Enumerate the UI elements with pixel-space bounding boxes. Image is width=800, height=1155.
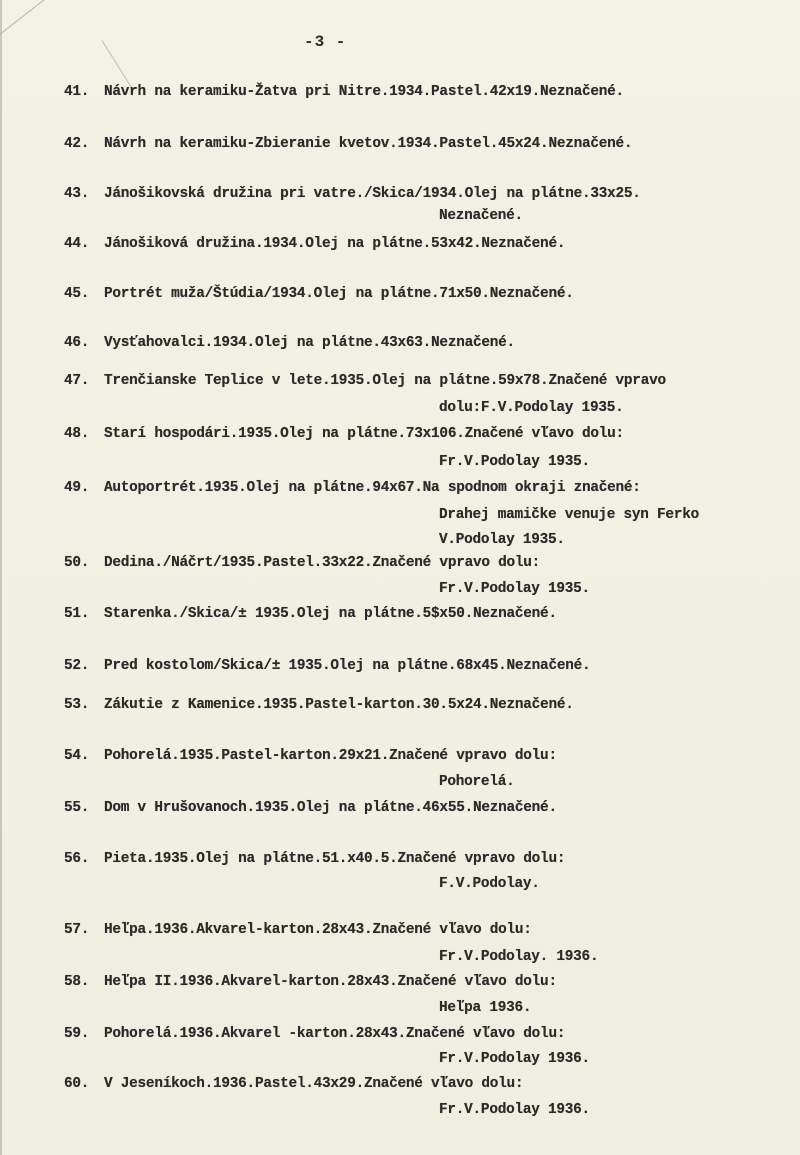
catalog-entry: 51.Starenka./Skica/± 1935.Olej na plátne… xyxy=(64,605,557,623)
catalog-entry: 43.Jánošikovská družina pri vatre./Skica… xyxy=(64,185,641,203)
catalog-entry: 49.Autoportrét.1935.Olej na plátne.94x67… xyxy=(64,479,641,497)
catalog-entry: 59.Pohorelá.1936.Akvarel -karton.28x43.Z… xyxy=(64,1025,565,1043)
entry-continuation: Drahej mamičke venuje syn Ferko xyxy=(439,506,699,524)
entry-continuation: Fr.V.Podolay 1936. xyxy=(439,1101,590,1119)
paper-fold-mark xyxy=(0,0,103,41)
entry-text: Starenka./Skica/± 1935.Olej na plátne.5$… xyxy=(104,606,557,622)
entry-number: 56. xyxy=(64,850,104,868)
catalog-entry: 52.Pred kostolom/Skica/± 1935.Olej na pl… xyxy=(64,657,590,675)
entry-continuation: Heľpa 1936. xyxy=(439,999,531,1017)
entry-number: 49. xyxy=(64,479,104,497)
entry-continuation: F.V.Podolay. xyxy=(439,875,540,893)
entry-text: Dom v Hrušovanoch.1935.Olej na plátne.46… xyxy=(104,800,557,816)
catalog-entry: 57.Heľpa.1936.Akvarel-karton.28x43.Znače… xyxy=(64,921,532,939)
entry-continuation: Fr.V.Podolay 1936. xyxy=(439,1050,590,1068)
catalog-entry: 54.Pohorelá.1935.Pastel-karton.29x21.Zna… xyxy=(64,747,557,765)
entry-continuation: Fr.V.Podolay 1935. xyxy=(439,453,590,471)
entry-number: 43. xyxy=(64,185,104,203)
entry-number: 53. xyxy=(64,696,104,714)
entry-text: Starí hospodári.1935.Olej na plátne.73x1… xyxy=(104,426,624,442)
entry-text: Pohorelá.1935.Pastel-karton.29x21.Značen… xyxy=(104,748,557,764)
entry-text: Pred kostolom/Skica/± 1935.Olej na plátn… xyxy=(104,658,590,674)
entry-text: Autoportrét.1935.Olej na plátne.94x67.Na… xyxy=(104,480,641,496)
catalog-entry: 41.Návrh na keramiku-Žatva pri Nitre.193… xyxy=(64,83,624,101)
entry-text: Vysťahovalci.1934.Olej na plátne.43x63.N… xyxy=(104,335,515,351)
entry-continuation: Fr.V.Podolay. 1936. xyxy=(439,948,598,966)
entry-text: Heľpa II.1936.Akvarel-karton.28x43.Znače… xyxy=(104,974,557,990)
entry-number: 41. xyxy=(64,83,104,101)
entry-number: 44. xyxy=(64,235,104,253)
entry-number: 45. xyxy=(64,285,104,303)
entry-text: Jánošiková družina.1934.Olej na plátne.5… xyxy=(104,236,565,252)
entry-text: Dedina./Náčrt/1935.Pastel.33x22.Značené … xyxy=(104,555,540,571)
entry-number: 55. xyxy=(64,799,104,817)
catalog-entry: 58.Heľpa II.1936.Akvarel-karton.28x43.Zn… xyxy=(64,973,557,991)
catalog-entry: 50.Dedina./Náčrt/1935.Pastel.33x22.Znače… xyxy=(64,554,540,572)
entry-text: Návrh na keramiku-Zbieranie kvetov.1934.… xyxy=(104,136,632,152)
catalog-entry: 47.Trenčianske Teplice v lete.1935.Olej … xyxy=(64,372,666,390)
entry-number: 57. xyxy=(64,921,104,939)
entry-text: Návrh na keramiku-Žatva pri Nitre.1934.P… xyxy=(104,84,624,100)
entry-number: 52. xyxy=(64,657,104,675)
catalog-entry: 48.Starí hospodári.1935.Olej na plátne.7… xyxy=(64,425,624,443)
entry-continuation: V.Podolay 1935. xyxy=(439,531,565,549)
entry-number: 54. xyxy=(64,747,104,765)
entry-number: 46. xyxy=(64,334,104,352)
entry-text: Trenčianske Teplice v lete.1935.Olej na … xyxy=(104,373,666,389)
catalog-entry: 53.Zákutie z Kamenice.1935.Pastel-karton… xyxy=(64,696,574,714)
catalog-entry: 55.Dom v Hrušovanoch.1935.Olej na plátne… xyxy=(64,799,557,817)
entry-continuation: Pohorelá. xyxy=(439,773,514,791)
entry-number: 51. xyxy=(64,605,104,623)
entry-text: Heľpa.1936.Akvarel-karton.28x43.Značené … xyxy=(104,922,532,938)
entry-text: Zákutie z Kamenice.1935.Pastel-karton.30… xyxy=(104,697,574,713)
catalog-entry: 60.V Jeseníkoch.1936.Pastel.43x29.Značen… xyxy=(64,1075,523,1093)
entry-text: Portrét muža/Štúdia/1934.Olej na plátne.… xyxy=(104,286,574,302)
entry-text: Pieta.1935.Olej na plátne.51.x40.5.Znače… xyxy=(104,851,565,867)
entry-number: 59. xyxy=(64,1025,104,1043)
document-page: -3 - 41.Návrh na keramiku-Žatva pri Nitr… xyxy=(0,0,800,1155)
entry-number: 48. xyxy=(64,425,104,443)
entry-continuation: Fr.V.Podolay 1935. xyxy=(439,580,590,598)
entry-continuation: dolu:F.V.Podolay 1935. xyxy=(439,399,624,417)
entry-number: 50. xyxy=(64,554,104,572)
catalog-entry: 56.Pieta.1935.Olej na plátne.51.x40.5.Zn… xyxy=(64,850,565,868)
catalog-entry: 46.Vysťahovalci.1934.Olej na plátne.43x6… xyxy=(64,334,515,352)
catalog-entry: 45.Portrét muža/Štúdia/1934.Olej na plát… xyxy=(64,285,574,303)
entry-number: 58. xyxy=(64,973,104,991)
entry-text: Jánošikovská družina pri vatre./Skica/19… xyxy=(104,186,641,202)
entry-text: Pohorelá.1936.Akvarel -karton.28x43.Znač… xyxy=(104,1026,565,1042)
catalog-entry: 42.Návrh na keramiku-Zbieranie kvetov.19… xyxy=(64,135,632,153)
catalog-entry: 44.Jánošiková družina.1934.Olej na plátn… xyxy=(64,235,565,253)
entry-number: 47. xyxy=(64,372,104,390)
entry-number: 60. xyxy=(64,1075,104,1093)
entry-number: 42. xyxy=(64,135,104,153)
entry-continuation: Neznačené. xyxy=(439,207,523,225)
entry-text: V Jeseníkoch.1936.Pastel.43x29.Značené v… xyxy=(104,1076,523,1092)
page-number: -3 - xyxy=(304,33,346,51)
